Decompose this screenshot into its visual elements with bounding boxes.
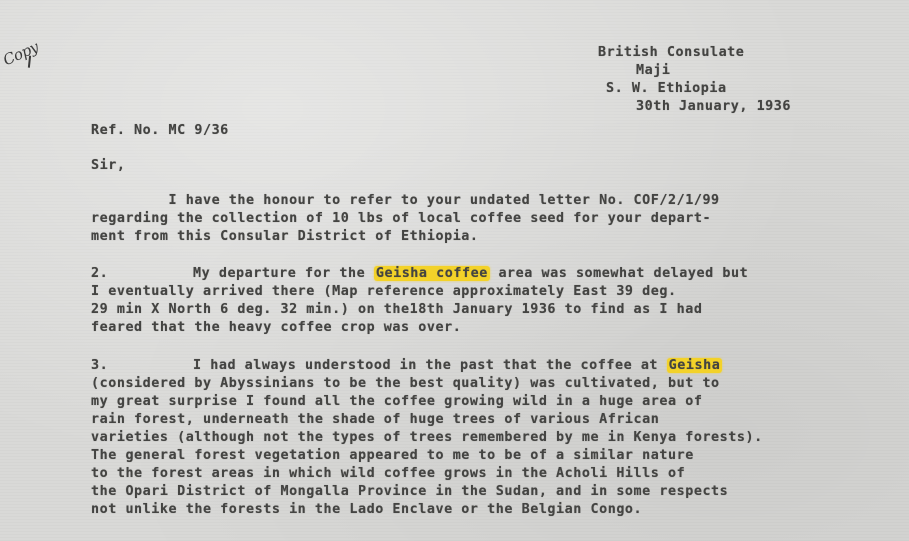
paragraph-2-text: area was somewhat delayed but	[490, 266, 748, 281]
paragraph-2-line: I eventually arrived there (Map referenc…	[91, 284, 677, 299]
paragraph-3-line: the Opari District of Mongalla Province …	[91, 484, 728, 499]
paragraph-3-line: The general forest vegetation appeared t…	[91, 448, 694, 463]
paragraph-1-line: ment from this Consular District of Ethi…	[91, 229, 479, 244]
handwritten-copy-mark: Copy	[0, 38, 41, 69]
letter-page: Copy British Consulate Maji S. W. Ethiop…	[0, 0, 909, 541]
paragraph-2-text: My departure for the	[193, 266, 374, 281]
paragraph-1-line: I have the honour to refer to your undat…	[91, 193, 720, 208]
paragraph-2-line: 29 min X North 6 deg. 32 min.) on the18t…	[91, 302, 702, 317]
address-town: Maji	[636, 63, 670, 78]
paragraph-3-line: varieties (although not the types of tre…	[91, 430, 763, 445]
highlight-geisha: Geisha	[667, 358, 723, 373]
highlight-geisha-coffee: Geisha coffee	[374, 266, 490, 281]
paragraph-3-first-line: I had always understood in the past that…	[193, 358, 722, 373]
paragraph-2-line: feared that the heavy coffee crop was ov…	[91, 320, 461, 335]
paragraph-3-line: not unlike the forests in the Lado Encla…	[91, 502, 642, 517]
address-country: S. W. Ethiopia	[606, 81, 727, 96]
reference-number: Ref. No. MC 9/36	[91, 123, 229, 138]
paragraph-3-line: (considered by Abyssinians to be the bes…	[91, 376, 720, 391]
paragraph-3-line: my great surprise I found all the coffee…	[91, 394, 702, 409]
paragraph-2-number: 2.	[91, 266, 108, 281]
paragraph-3-line: to the forest areas in which wild coffee…	[91, 466, 685, 481]
paragraph-1-line: regarding the collection of 10 lbs of lo…	[91, 211, 711, 226]
paragraph-3-number: 3.	[91, 358, 108, 373]
address-consulate: British Consulate	[598, 45, 744, 60]
paragraph-3-text: I had always understood in the past that…	[193, 358, 667, 373]
paragraph-3-line: rain forest, underneath the shade of hug…	[91, 412, 659, 427]
letter-date: 30th January, 1936	[636, 99, 791, 114]
salutation: Sir,	[91, 158, 125, 173]
paragraph-2-first-line: My departure for the Geisha coffee area …	[193, 266, 748, 281]
